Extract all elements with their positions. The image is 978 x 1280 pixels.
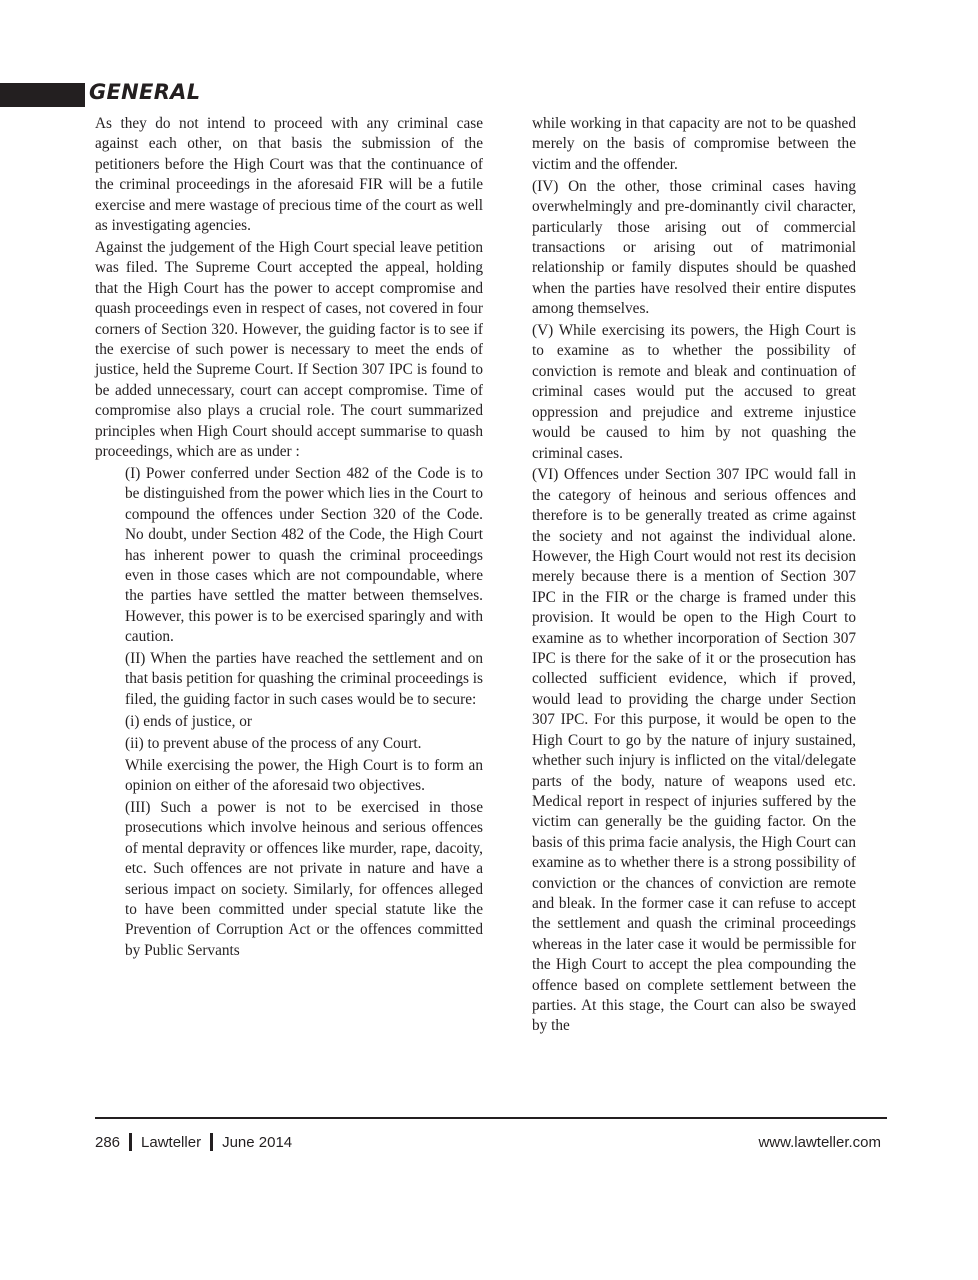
body-paragraph: As they do not intend to proceed with an… [95, 114, 483, 236]
principle-item-2: (II) When the parties have reached the s… [125, 649, 483, 710]
sub-item-i: (i) ends of justice, or [125, 712, 483, 732]
principle-item-5: (V) While exercising its powers, the Hig… [532, 321, 856, 464]
body-paragraph-continued: while working in that capacity are not t… [532, 114, 856, 175]
footer-divider [95, 1117, 887, 1119]
right-column: while working in that capacity are not t… [532, 114, 856, 1038]
section-header-bar [0, 83, 85, 107]
page-number: 286 [95, 1134, 120, 1151]
left-column: As they do not intend to proceed with an… [95, 114, 483, 963]
principle-item-3: (III) Such a power is not to be exercise… [125, 798, 483, 961]
principle-item-6: (VI) Offences under Section 307 IPC woul… [532, 465, 856, 1036]
website-link[interactable]: www.lawteller.com [758, 1134, 881, 1151]
page-footer: 286 Lawteller June 2014 www.lawteller.co… [95, 1132, 881, 1152]
principle-note: While exercising the power, the High Cou… [125, 756, 483, 797]
footer-separator [129, 1133, 132, 1151]
issue-date: June 2014 [222, 1134, 292, 1151]
publication-name: Lawteller [141, 1134, 201, 1151]
body-paragraph: Against the judgement of the High Court … [95, 238, 483, 462]
section-title: GENERAL [89, 80, 200, 104]
principle-item-1: (I) Power conferred under Section 482 of… [125, 464, 483, 648]
footer-separator [210, 1133, 213, 1151]
sub-item-ii: (ii) to prevent abuse of the process of … [125, 734, 483, 754]
principle-item-4: (IV) On the other, those criminal cases … [532, 177, 856, 320]
